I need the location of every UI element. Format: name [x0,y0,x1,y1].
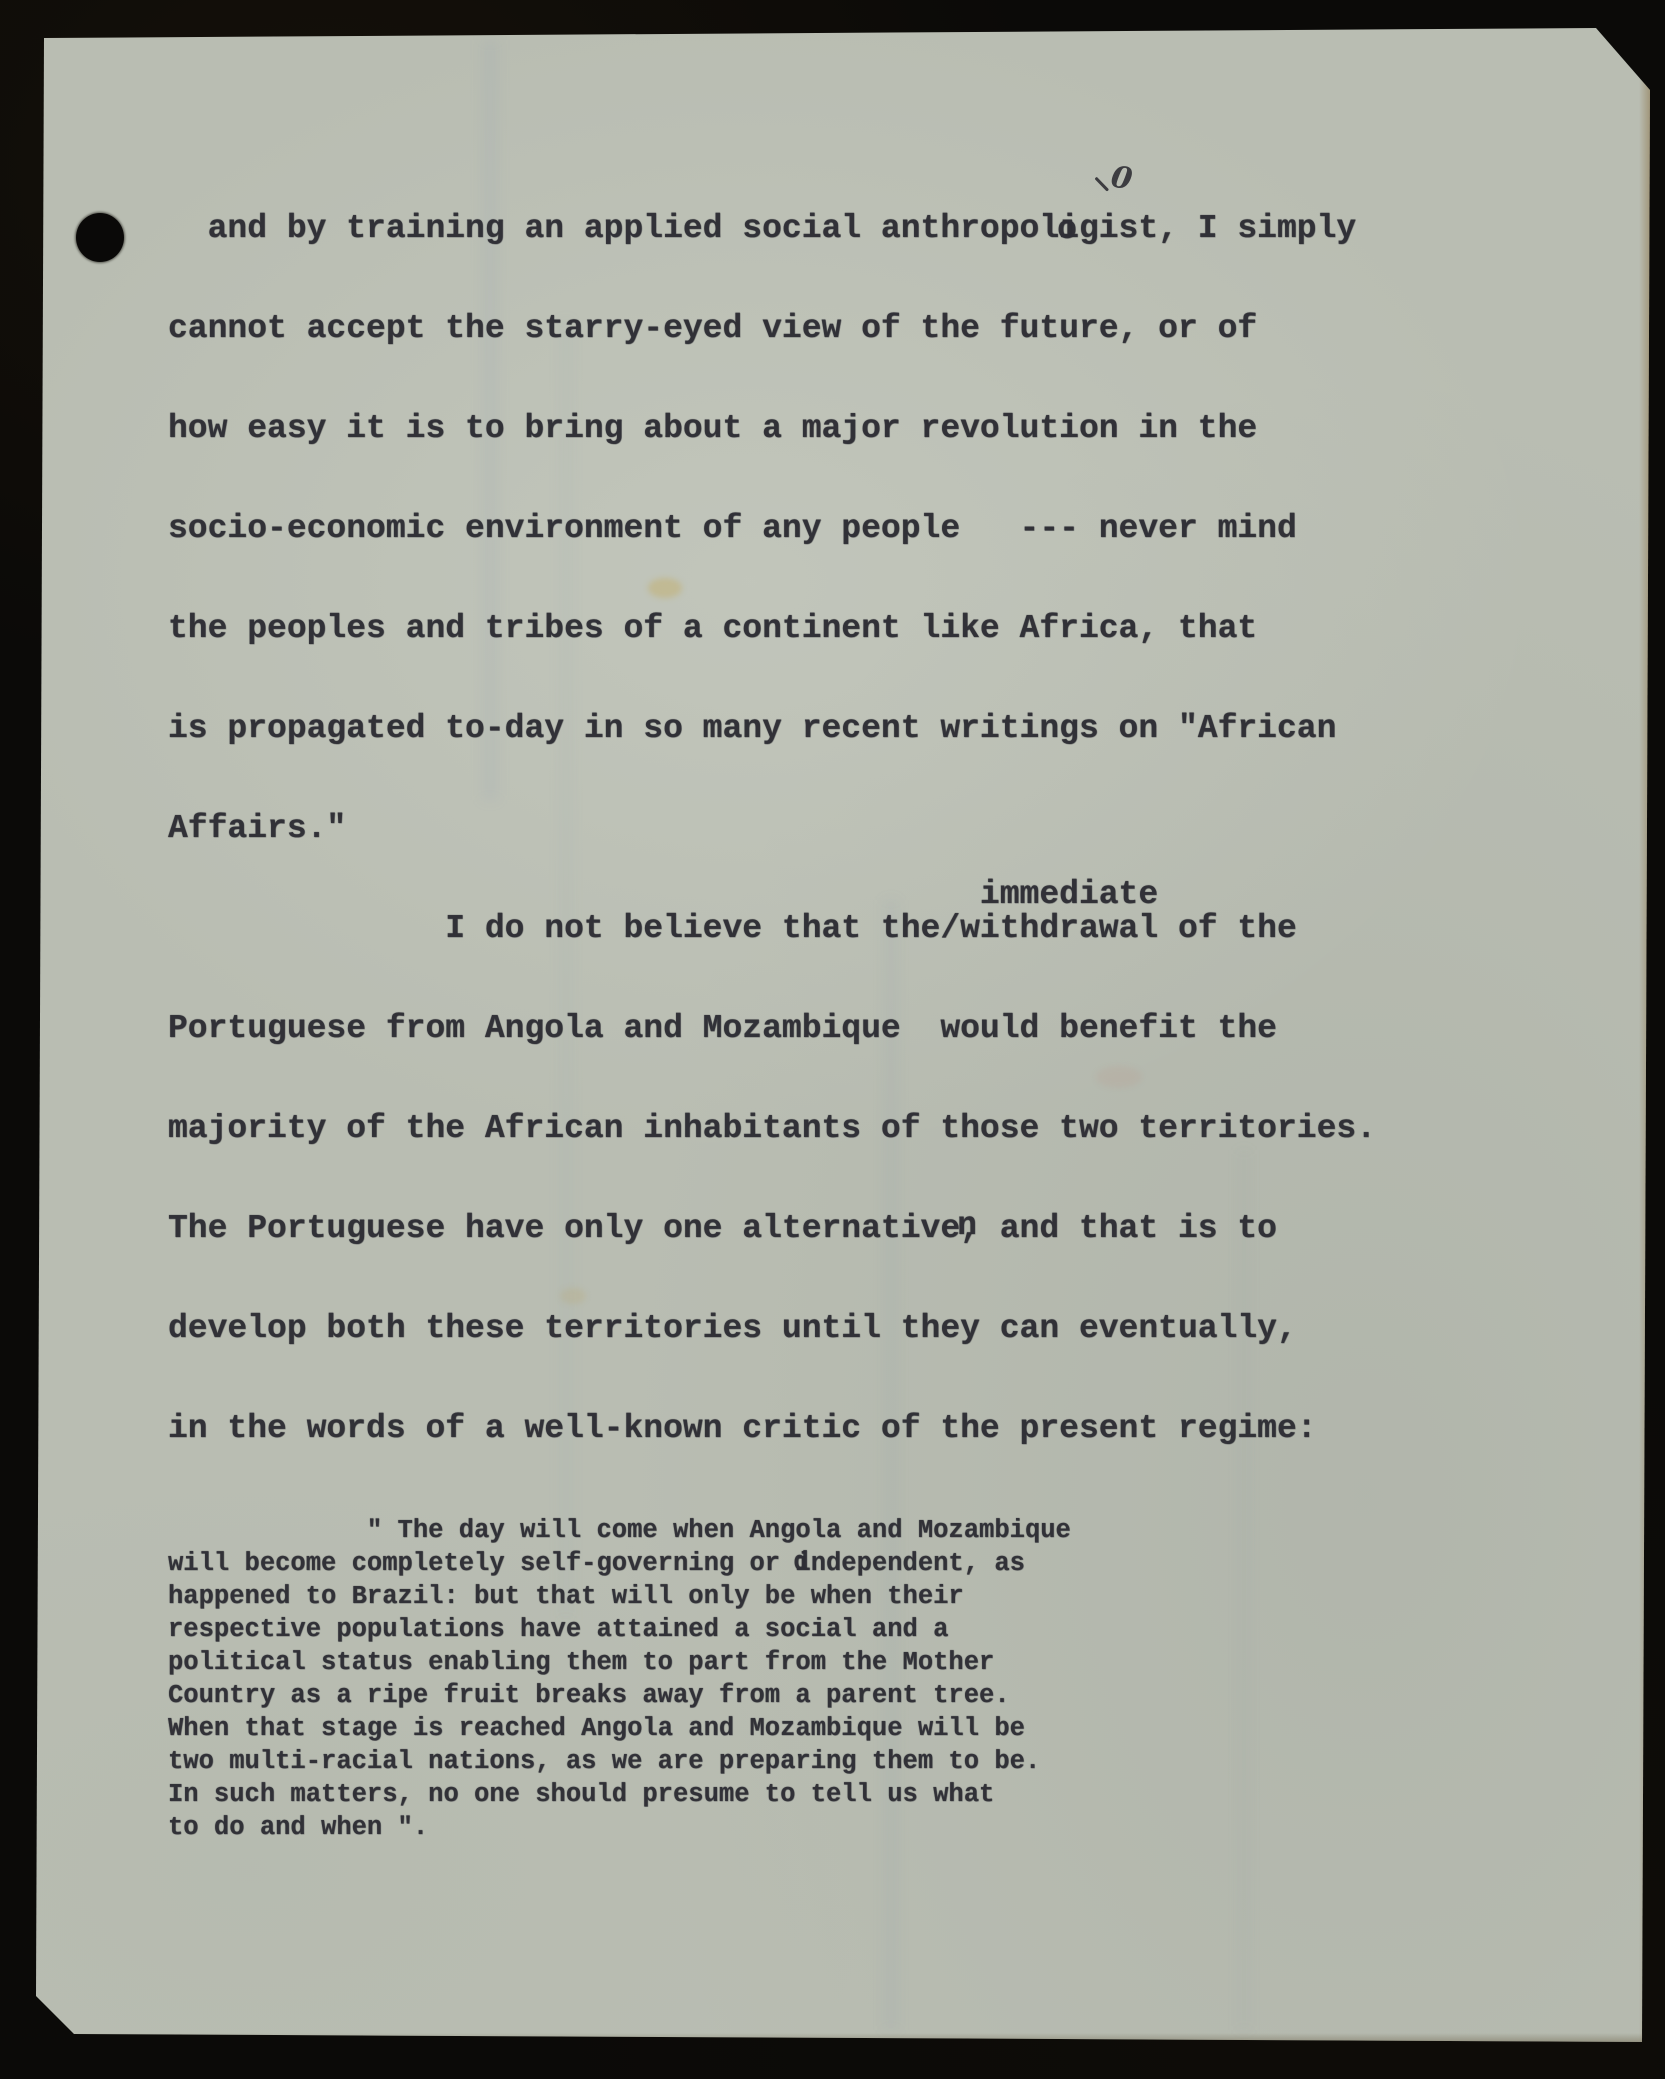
typed-line: Portuguese from Angola and Mozambique wo… [168,1008,1588,1108]
typed-line: Affairs." [168,808,1588,908]
typed-line: socio-economic environment of any people… [168,508,1588,608]
typed-line: how easy it is to bring about a major re… [168,408,1588,508]
typed-line: the peoples and tribes of a continent li… [168,608,1588,708]
typed-line: The Portuguese have only one alternative… [168,1208,1588,1308]
document-paper: o 0 and by training an applied social an… [0,0,1665,2079]
typed-line: develop both these territories until the… [168,1308,1588,1408]
typed-line: to do and when ". [168,1811,1588,1844]
typed-text: o 0 and by training an applied social an… [168,208,1588,1844]
typed-line: happened to Brazil: but that will only b… [168,1580,1588,1613]
typed-line: political status enabling them to part f… [168,1646,1588,1679]
typed-line: two multi-racial nations, as we are prep… [168,1745,1588,1778]
paper-right-edge-stain [1639,0,1651,2079]
overstrike-correction-n: n [957,1205,977,1247]
typed-line: In such matters, no one should presume t… [168,1778,1588,1811]
typed-line: I do not believe that the/withdrawal of … [168,908,1588,1008]
typed-line: " The day will come when Angola and Moza… [168,1514,1588,1547]
paper-bottom-edge-stain [0,2033,1665,2043]
typed-line: respective populations have attained a s… [168,1613,1588,1646]
paragraph-1: o 0 and by training an applied social an… [168,208,1588,908]
typed-line: in the words of a well-known critic of t… [168,1408,1588,1508]
typed-line: cannot accept the starry-eyed view of th… [168,308,1588,408]
paper-top-edge-stain [0,0,1665,14]
scanned-document-background: o 0 and by training an applied social an… [0,0,1665,2079]
typed-line: When that stage is reached Angola and Mo… [168,1712,1588,1745]
handwriting-insertion-stroke [1095,177,1110,192]
typed-line: and by training an applied social anthro… [168,208,1588,308]
punch-hole [76,213,124,262]
typed-insertion-word: immediate [980,874,1158,916]
handwritten-zero-annotation: 0 [1109,162,1135,195]
typed-line: Country as a ripe fruit breaks away from… [168,1679,1588,1712]
overstrike-correction-d: d [793,1546,808,1579]
typed-line: majority of the African inhabitants of t… [168,1108,1588,1208]
overstrike-correction-o: o [1057,209,1077,251]
typed-line: is propagated to-day in so many recent w… [168,708,1588,808]
paragraph-2: immediate n I do not believe that the/wi… [168,908,1588,1508]
typed-line: will become completely self-governing or… [168,1547,1588,1580]
block-quote: d " The day will come when Angola and Mo… [168,1514,1588,1844]
corner-cut-edge [1599,17,1665,93]
